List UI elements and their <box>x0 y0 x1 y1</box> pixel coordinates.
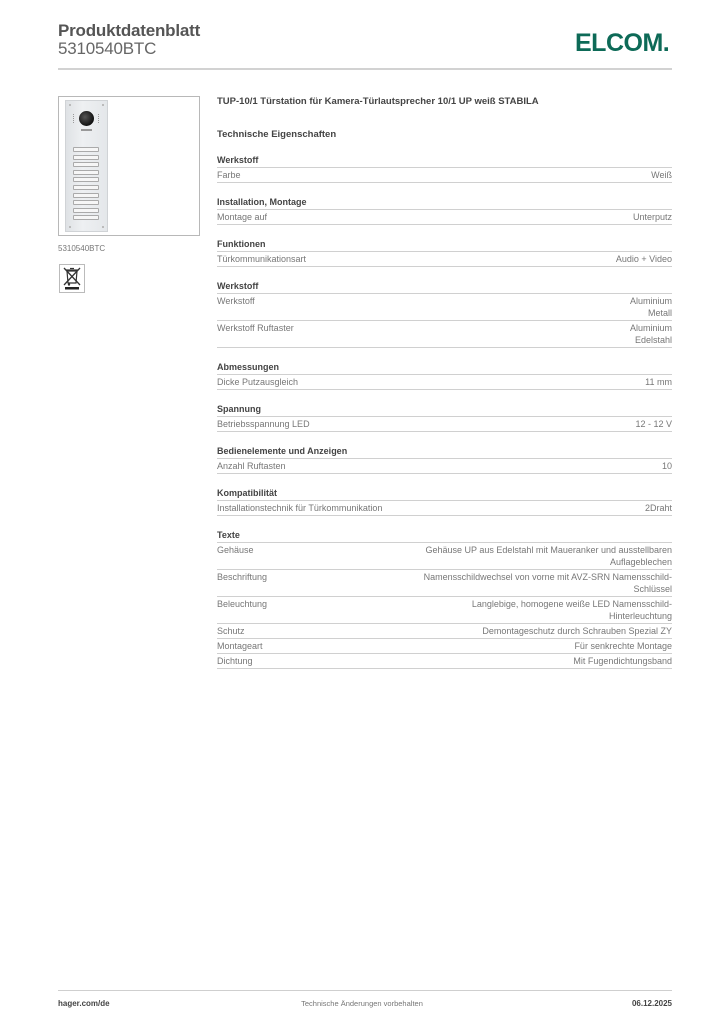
call-button-icon <box>73 200 99 205</box>
property-label: Anzahl Ruftasten <box>217 460 286 472</box>
weee-disposal-icon <box>59 264 85 293</box>
property-row: GehäuseGehäuse UP aus Edelstahl mit Maue… <box>217 543 672 570</box>
property-value: Audio + Video <box>616 253 672 265</box>
property-label: Betriebsspannung LED <box>217 418 310 430</box>
speaker-grille-icon <box>73 114 77 123</box>
header-divider <box>58 68 672 70</box>
crossed-out-wheelie-bin-icon <box>60 265 84 292</box>
footer-disclaimer: Technische Änderungen vorbehalten <box>0 999 724 1008</box>
property-row: SchutzDemontageschutz durch Schrauben Sp… <box>217 624 672 639</box>
call-buttons <box>73 147 100 223</box>
property-value: 11 mm <box>645 376 672 388</box>
screw-icon <box>69 104 71 106</box>
group-title: Werkstoff <box>217 154 672 168</box>
call-button-icon <box>73 155 99 160</box>
image-caption: 5310540BTC <box>58 244 105 253</box>
property-group: KompatibilitätInstallationstechnik für T… <box>217 487 672 516</box>
screw-icon <box>102 226 104 228</box>
call-button-icon <box>73 177 99 182</box>
property-row: TürkommunikationsartAudio + Video <box>217 252 672 267</box>
product-image <box>58 96 200 236</box>
group-title: Installation, Montage <box>217 196 672 210</box>
property-group: Bedienelemente und AnzeigenAnzahl Ruftas… <box>217 445 672 474</box>
product-name: TUP-10/1 Türstation für Kamera-Türlautsp… <box>217 96 672 108</box>
property-row: BeleuchtungLanglebige, homogene weiße LE… <box>217 597 672 624</box>
property-value: Aluminium Edelstahl <box>630 322 672 346</box>
property-value: Für senkrechte Montage <box>574 640 672 652</box>
call-button-icon <box>73 185 99 190</box>
screw-icon <box>102 104 104 106</box>
property-row: Betriebsspannung LED12 - 12 V <box>217 417 672 432</box>
property-label: Werkstoff Ruftaster <box>217 322 294 346</box>
camera-lens-icon <box>79 111 94 126</box>
call-button-icon <box>73 162 99 167</box>
property-row: WerkstoffAluminium Metall <box>217 294 672 321</box>
property-label: Montageart <box>217 640 263 652</box>
property-row: BeschriftungNamensschildwechsel von vorn… <box>217 570 672 597</box>
property-value: 2Draht <box>645 502 672 514</box>
property-value: Gehäuse UP aus Edelstahl mit Maueranker … <box>426 544 672 568</box>
property-row: DichtungMit Fugendichtungsband <box>217 654 672 669</box>
property-value: Namensschildwechsel von vorne mit AVZ-SR… <box>424 571 672 595</box>
property-row: Werkstoff RuftasterAluminium Edelstahl <box>217 321 672 348</box>
group-title: Abmessungen <box>217 361 672 375</box>
property-label: Dichtung <box>217 655 253 667</box>
door-station-panel <box>65 100 108 232</box>
group-title: Bedienelemente und Anzeigen <box>217 445 672 459</box>
property-row: Dicke Putzausgleich11 mm <box>217 375 672 390</box>
call-button-icon <box>73 147 99 152</box>
group-title: Spannung <box>217 403 672 417</box>
property-group: FunktionenTürkommunikationsartAudio + Vi… <box>217 238 672 267</box>
property-value: Mit Fugendichtungsband <box>573 655 672 667</box>
group-title: Texte <box>217 529 672 543</box>
property-group: SpannungBetriebsspannung LED12 - 12 V <box>217 403 672 432</box>
screw-icon <box>69 226 71 228</box>
property-value: Langlebige, homogene weiße LED Namenssch… <box>472 598 672 622</box>
property-label: Montage auf <box>217 211 267 223</box>
property-row: Montage aufUnterputz <box>217 210 672 225</box>
property-label: Beleuchtung <box>217 598 267 622</box>
property-group: TexteGehäuseGehäuse UP aus Edelstahl mit… <box>217 529 672 669</box>
footer-divider <box>58 990 672 991</box>
property-value: Unterputz <box>633 211 672 223</box>
call-button-icon <box>73 215 99 220</box>
property-row: Installationstechnik für Türkommunikatio… <box>217 501 672 516</box>
property-group: WerkstoffFarbeWeiß <box>217 154 672 183</box>
article-number: 5310540BTC <box>58 39 156 59</box>
property-label: Schutz <box>217 625 245 637</box>
property-value: Demontageschutz durch Schrauben Spezial … <box>482 625 672 637</box>
property-group: Installation, MontageMontage aufUnterput… <box>217 196 672 225</box>
property-label: Türkommunikationsart <box>217 253 306 265</box>
property-value: Weiß <box>651 169 672 181</box>
property-label: Installationstechnik für Türkommunikatio… <box>217 502 382 514</box>
group-title: Funktionen <box>217 238 672 252</box>
property-groups: WerkstoffFarbeWeißInstallation, MontageM… <box>217 154 672 669</box>
group-title: Werkstoff <box>217 280 672 294</box>
property-row: MontageartFür senkrechte Montage <box>217 639 672 654</box>
property-value: 12 - 12 V <box>635 418 672 430</box>
section-heading: Technische Eigenschaften <box>217 129 672 141</box>
property-label: Dicke Putzausgleich <box>217 376 298 388</box>
call-button-icon <box>73 193 99 198</box>
property-group: WerkstoffWerkstoffAluminium MetallWerkst… <box>217 280 672 348</box>
property-value: Aluminium Metall <box>630 295 672 319</box>
property-label: Farbe <box>217 169 241 181</box>
property-label: Beschriftung <box>217 571 267 595</box>
property-label: Werkstoff <box>217 295 255 319</box>
camera-label <box>81 129 92 131</box>
call-button-icon <box>73 170 99 175</box>
property-label: Gehäuse <box>217 544 254 568</box>
property-row: Anzahl Ruftasten10 <box>217 459 672 474</box>
product-details: TUP-10/1 Türstation für Kamera-Türlautsp… <box>217 96 672 669</box>
group-title: Kompatibilität <box>217 487 672 501</box>
page-title: Produktdatenblatt <box>58 21 200 41</box>
speaker-grille-icon <box>98 114 102 123</box>
property-row: FarbeWeiß <box>217 168 672 183</box>
property-group: AbmessungenDicke Putzausgleich11 mm <box>217 361 672 390</box>
call-button-icon <box>73 208 99 213</box>
footer-date: 06.12.2025 <box>632 999 672 1008</box>
elcom-logo: ELCOM. <box>575 29 669 58</box>
property-value: 10 <box>662 460 672 472</box>
